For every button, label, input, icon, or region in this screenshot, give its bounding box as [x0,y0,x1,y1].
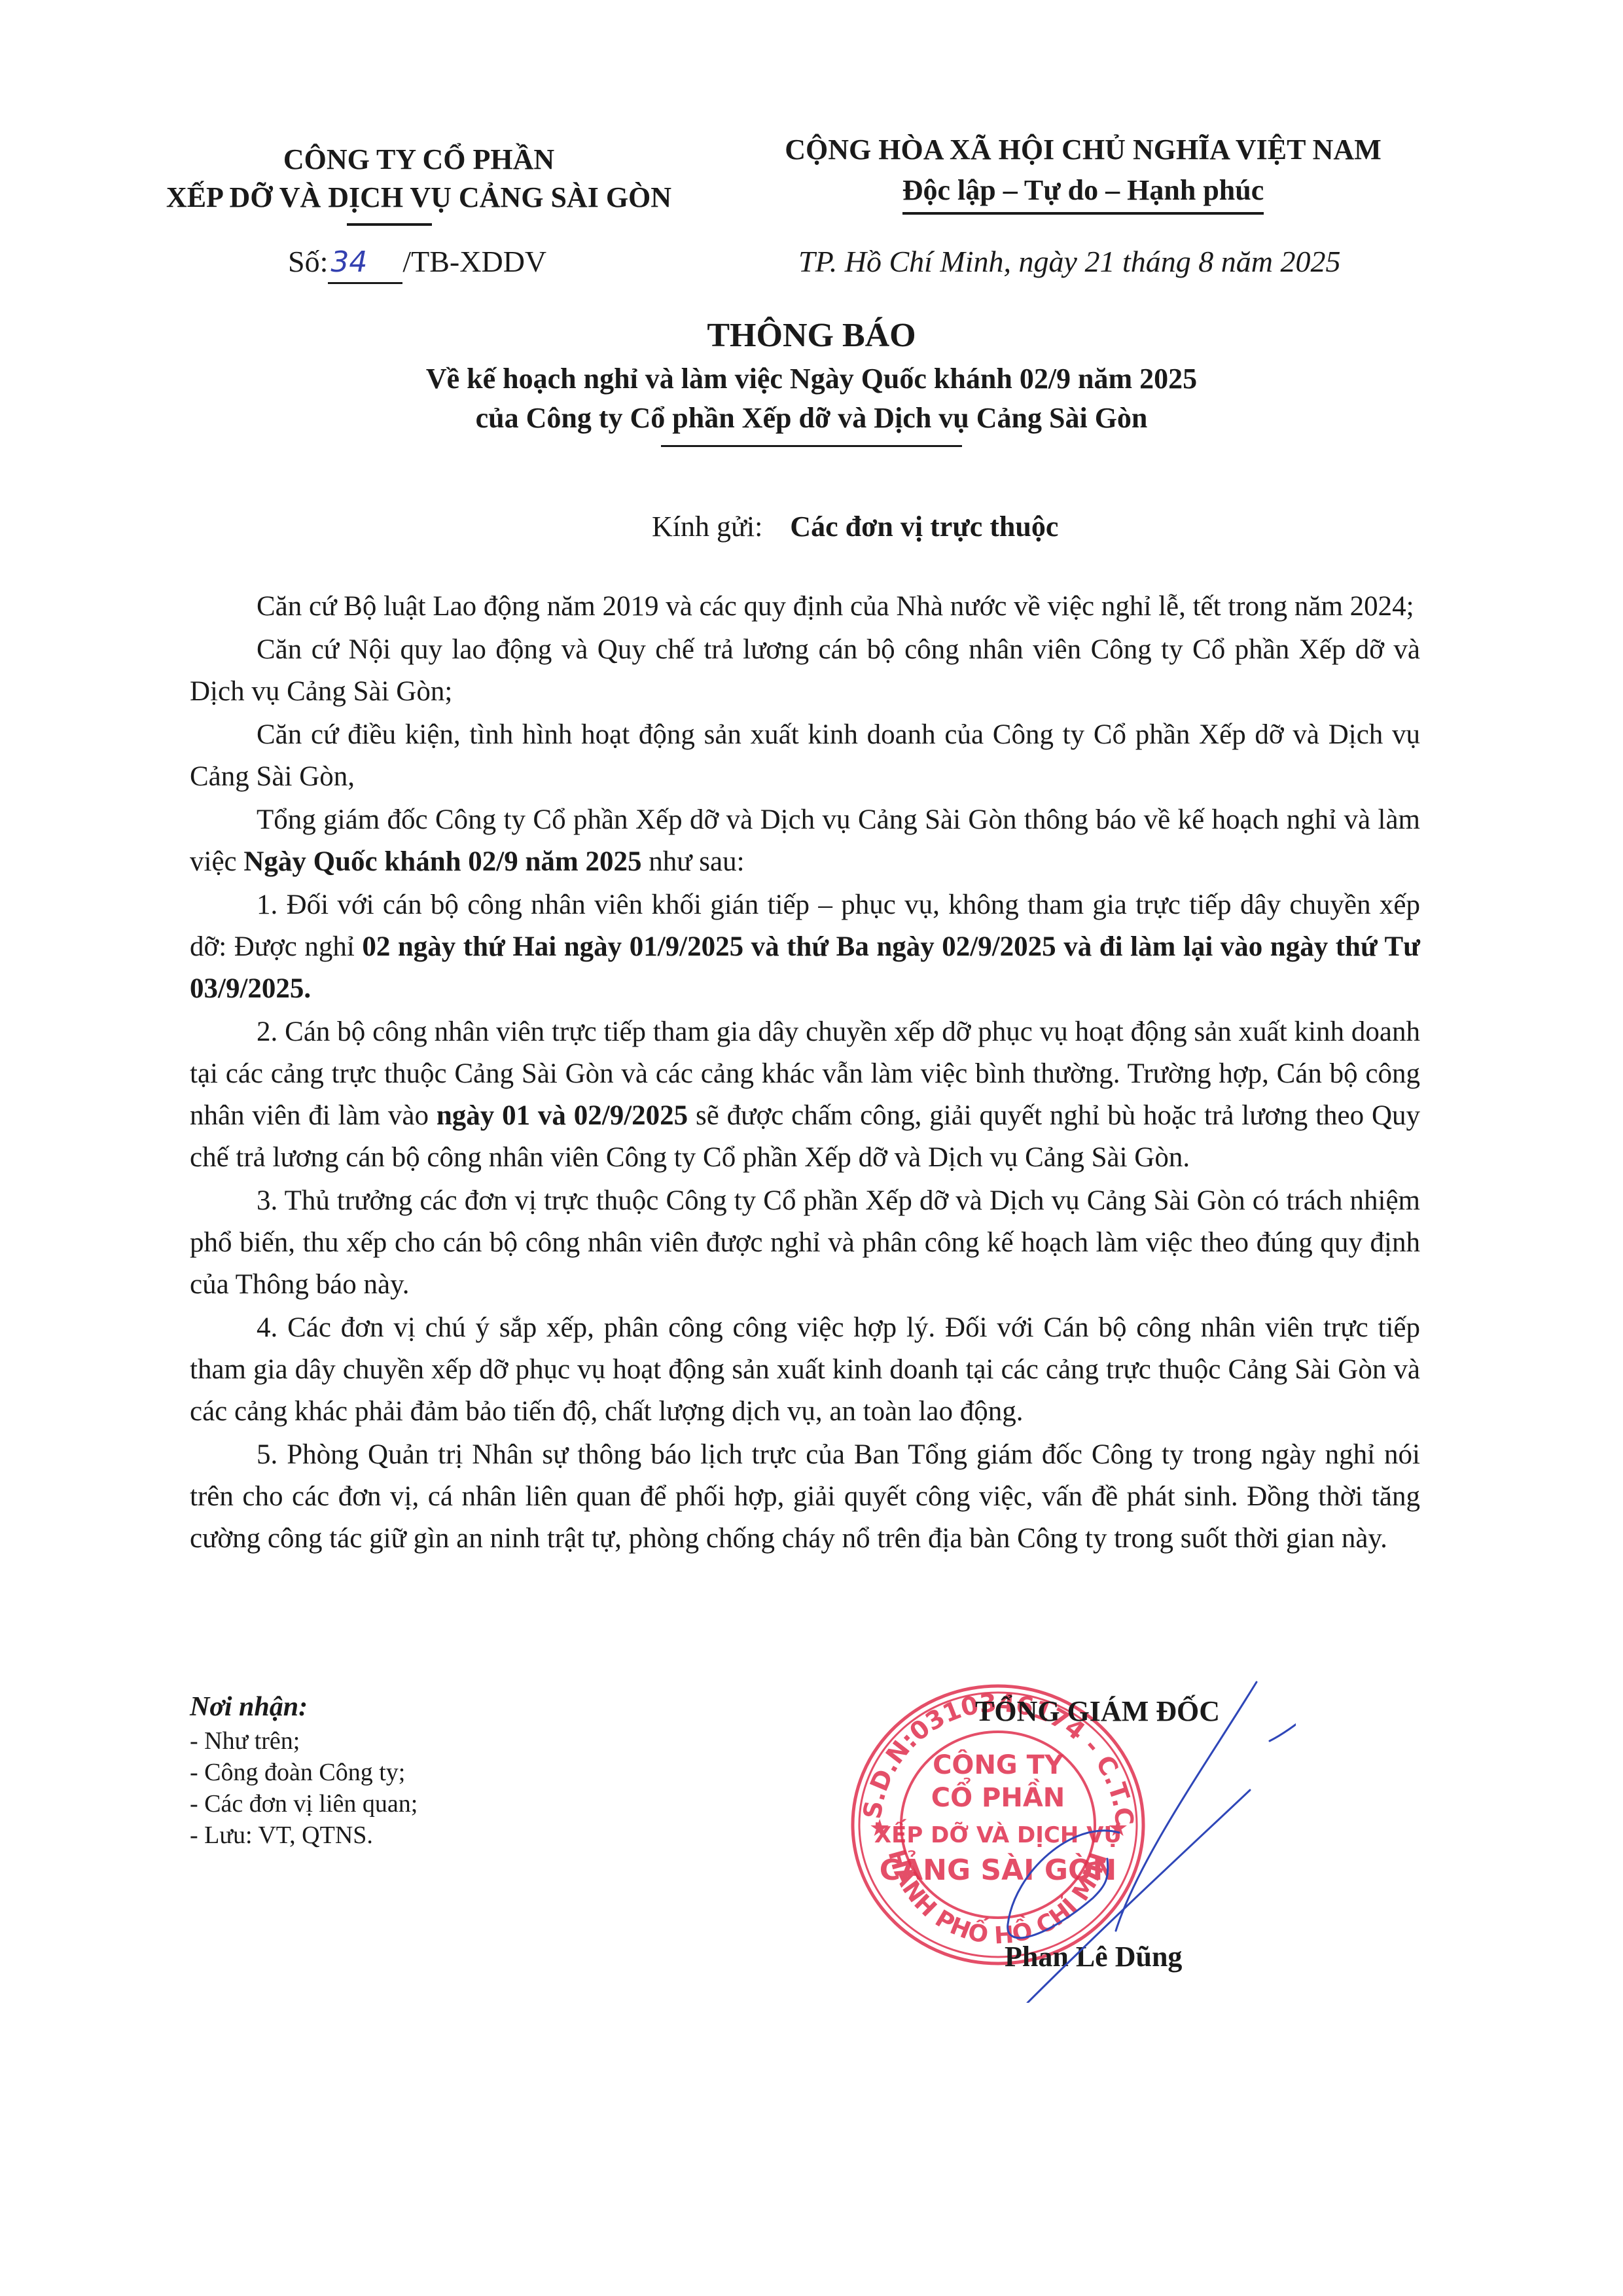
doc-no-handwritten: 34 [328,243,402,284]
addressee: Kính gửi:Các đơn vị trực thuộc [652,507,1058,547]
item-4: 4. Các đơn vị chú ý sắp xếp, phân công c… [190,1307,1420,1433]
basis-paragraph: Căn cứ Nội quy lao động và Quy chế trả l… [190,629,1420,713]
document-title: THÔNG BÁO [0,314,1623,357]
recipients-block: Nơi nhận: - Như trên; - Công đoàn Công t… [190,1689,418,1851]
addressee-value: Các đơn vị trực thuộc [790,511,1058,543]
item-5: 5. Phòng Quản trị Nhân sự thông báo lịch… [190,1434,1420,1560]
doc-no-prefix: Số: [288,245,328,278]
item-2: 2. Cán bộ công nhân viên trực tiếp tham … [190,1011,1420,1179]
org-underline [347,223,432,226]
item-3: 3. Thủ trưởng các đơn vị trực thuộc Công… [190,1180,1420,1306]
basis-paragraph: Căn cứ điều kiện, tình hình hoạt động sả… [190,714,1420,798]
recipient-item: - Lưu: VT, QTNS. [190,1820,418,1851]
document-subtitle-line1: Về kế hoạch nghỉ và làm việc Ngày Quốc k… [0,359,1623,399]
recipient-item: - Công đoàn Công ty; [190,1757,418,1788]
title-underline [661,445,962,447]
nation-motto: Độc lập – Tự do – Hạnh phúc [902,170,1264,215]
document-number: Số:34/TB-XDDV [288,242,546,284]
doc-no-suffix: /TB-XDDV [402,245,546,278]
recipient-item: - Như trên; [190,1725,418,1757]
basis-paragraph: Căn cứ Bộ luật Lao động năm 2019 và các … [190,586,1420,628]
recipient-item: - Các đơn vị liên quan; [190,1788,418,1820]
national-header: CỘNG HÒA XÃ HỘI CHỦ NGHĨA VIỆT NAM Độc l… [726,130,1440,215]
intro-paragraph: Tổng giám đốc Công ty Cổ phần Xếp dỡ và … [190,799,1420,883]
document-subtitle-line2: của Công ty Cổ phần Xếp dỡ và Dịch vụ Cả… [0,398,1623,439]
handwritten-signature-icon [942,1662,1296,2003]
nation-title: CỘNG HÒA XÃ HỘI CHỦ NGHĨA VIỆT NAM [726,130,1440,170]
addressee-label: Kính gửi: [652,511,762,543]
place-date: TP. Hồ Chí Minh, ngày 21 tháng 8 năm 202… [798,242,1340,281]
recipients-label: Nơi nhận: [190,1689,418,1725]
item-1: 1. Đối với cán bộ công nhân viên khối gi… [190,884,1420,1010]
organization-header: CÔNG TY CỔ PHẦN XẾP DỠ VÀ DỊCH VỤ CẢNG S… [131,141,707,217]
document-body: Căn cứ Bộ luật Lao động năm 2019 và các … [190,586,1420,1561]
org-name-line1: CÔNG TY CỔ PHẦN [131,141,707,179]
org-name-line2: XẾP DỠ VÀ DỊCH VỤ CẢNG SÀI GÒN [131,179,707,217]
